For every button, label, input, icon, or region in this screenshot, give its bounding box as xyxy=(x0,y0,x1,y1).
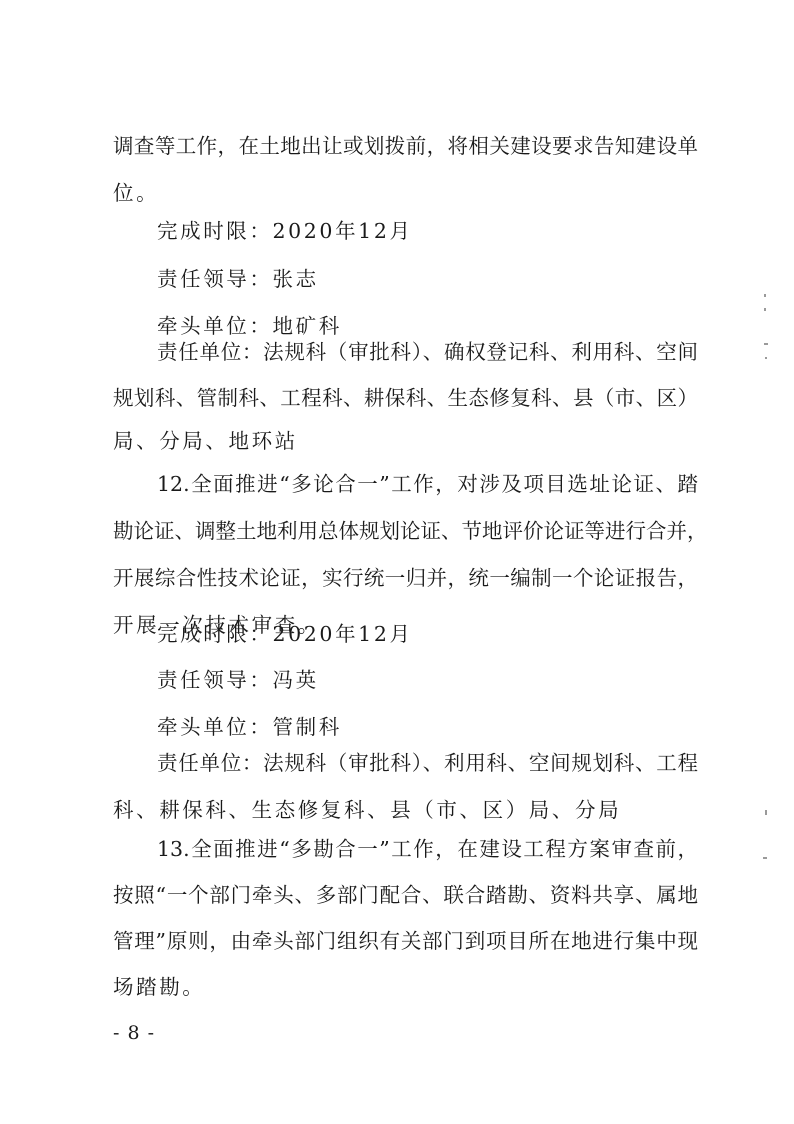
text-line: 完成时限：2020年12月 xyxy=(157,217,413,245)
text-line: 责任领导：张志 xyxy=(157,265,319,293)
text-line: 牵头单位：管制科 xyxy=(157,713,342,741)
text-line: 责任领导：冯英 xyxy=(157,666,319,694)
text-line: 责任单位：法规科（审批科）、确权登记科、利用科、空间 xyxy=(157,338,698,366)
text-line: 完成时限：2020年12月 xyxy=(157,620,413,648)
text-line: 规划科、管制科、工程科、耕保科、生态修复科、县（市、区） xyxy=(113,384,698,412)
text-line: 12.全面推进“多论合一”工作，对涉及项目选址论证、踏 xyxy=(157,470,698,498)
text-line: 13.全面推进“多勘合一”工作，在建设工程方案审查前， xyxy=(157,835,698,863)
scan-mark xyxy=(765,810,767,815)
text-line: 按照“一个部门牵头、多部门配合、联合踏勘、资料共享、属地 xyxy=(113,881,698,909)
text-line: 勘论证、调整土地利用总体规划论证、节地评价论证等进行合并， xyxy=(113,517,698,545)
scan-mark xyxy=(764,343,768,345)
text-line: 调查等工作，在土地出让或划拨前，将相关建设要求告知建设单 xyxy=(113,132,698,160)
scan-mark xyxy=(764,308,766,311)
page-number: - 8 - xyxy=(113,1022,155,1044)
text-line: 牵头单位：地矿科 xyxy=(157,312,342,340)
text-line: 局、分局、地环站 xyxy=(113,427,298,455)
document-page: 调查等工作，在土地出让或划拨前，将相关建设要求告知建设单位。完成时限：2020年… xyxy=(0,0,794,1124)
text-line: 责任单位：法规科（审批科）、利用科、空间规划科、工程 xyxy=(157,749,698,777)
scan-mark xyxy=(763,857,767,859)
text-line: 管理”原则，由牵头部门组织有关部门到项目所在地进行集中现 xyxy=(113,927,698,955)
scan-mark xyxy=(764,294,766,297)
text-line: 场踏勘。 xyxy=(113,973,205,1001)
text-line: 开展综合性技术论证，实行统一归并，统一编制一个论证报告， xyxy=(113,564,698,592)
scan-mark xyxy=(765,357,767,359)
text-line: 位。 xyxy=(113,179,159,207)
text-line: 科、耕保科、生态修复科、县（市、区）局、分局 xyxy=(113,796,621,824)
